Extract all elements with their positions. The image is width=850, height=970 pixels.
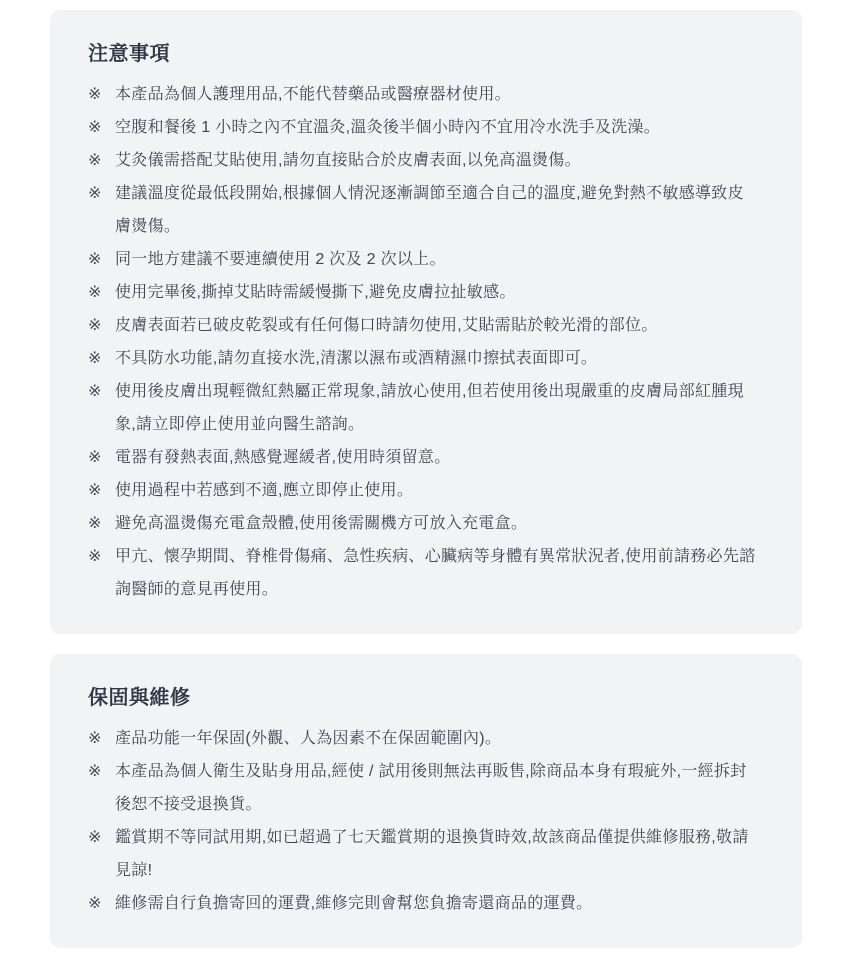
note-marker: ※ [88,507,115,540]
note-marker: ※ [88,540,115,573]
warranty-card-title: 保固與維修 [88,684,758,712]
note-text: 同一地方建議不要連續使用 2 次及 2 次以上。 [115,243,758,276]
note-marker: ※ [88,441,115,474]
note-text: 甲亢、懷孕期間、脊椎骨傷痛、急性疾病、心臟病等身體有異常狀況者,使用前請務必先諮… [115,540,758,606]
notice-card-title: 注意事項 [88,40,758,68]
note-item: ※ 本產品為個人衛生及貼身用品,經使 / 試用後則無法再販售,除商品本身有瑕疵外… [88,755,758,821]
note-text: 鑑賞期不等同試用期,如已超過了七天鑑賞期的退換貨時效,故該商品僅提供維修服務,敬… [115,821,758,887]
note-marker: ※ [88,111,115,144]
note-marker: ※ [88,722,115,755]
note-marker: ※ [88,78,115,111]
note-text: 建議溫度從最低段開始,根據個人情況逐漸調節至適合自己的溫度,避免對熱不敏感導致皮… [115,177,758,243]
note-item: ※ 產品功能一年保固(外觀、人為因素不在保固範圍內)。 [88,722,758,755]
note-marker: ※ [88,375,115,408]
notice-card: 注意事項 ※ 本產品為個人護理用品,不能代替藥品或醫療器材使用。 ※ 空腹和餐後… [50,10,802,634]
note-marker: ※ [88,144,115,177]
note-marker: ※ [88,755,115,788]
note-text: 空腹和餐後 1 小時之內不宜溫灸,溫灸後半個小時內不宜用冷水洗手及洗澡。 [115,111,758,144]
product-info-page: 注意事項 ※ 本產品為個人護理用品,不能代替藥品或醫療器材使用。 ※ 空腹和餐後… [0,0,850,970]
note-text: 使用過程中若感到不適,應立即停止使用。 [115,474,758,507]
note-text: 本產品為個人護理用品,不能代替藥品或醫療器材使用。 [115,78,758,111]
note-text: 使用後皮膚出現輕微紅熱屬正常現象,請放心使用,但若使用後出現嚴重的皮膚局部紅腫現… [115,375,758,441]
note-item: ※ 電器有發熱表面,熱感覺遲緩者,使用時須留意。 [88,441,758,474]
note-marker: ※ [88,177,115,210]
note-marker: ※ [88,309,115,342]
note-text: 電器有發熱表面,熱感覺遲緩者,使用時須留意。 [115,441,758,474]
note-item: ※ 皮膚表面若已破皮乾裂或有任何傷口時請勿使用,艾貼需貼於較光滑的部位。 [88,309,758,342]
note-text: 產品功能一年保固(外觀、人為因素不在保固範圍內)。 [115,722,758,755]
note-text: 不具防水功能,請勿直接水洗,清潔以濕布或酒精濕巾擦拭表面即可。 [115,342,758,375]
note-item: ※ 同一地方建議不要連續使用 2 次及 2 次以上。 [88,243,758,276]
note-item: ※ 維修需自行負擔寄回的運費,維修完則會幫您負擔寄還商品的運費。 [88,887,758,920]
note-marker: ※ [88,821,115,854]
note-text: 皮膚表面若已破皮乾裂或有任何傷口時請勿使用,艾貼需貼於較光滑的部位。 [115,309,758,342]
note-item: ※ 艾灸儀需搭配艾貼使用,請勿直接貼合於皮膚表面,以免高溫燙傷。 [88,144,758,177]
note-item: ※ 使用完畢後,撕掉艾貼時需緩慢撕下,避免皮膚拉扯敏感。 [88,276,758,309]
warranty-card: 保固與維修 ※ 產品功能一年保固(外觀、人為因素不在保固範圍內)。 ※ 本產品為… [50,654,802,948]
note-text: 維修需自行負擔寄回的運費,維修完則會幫您負擔寄還商品的運費。 [115,887,758,920]
note-item: ※ 本產品為個人護理用品,不能代替藥品或醫療器材使用。 [88,78,758,111]
note-item: ※ 不具防水功能,請勿直接水洗,清潔以濕布或酒精濕巾擦拭表面即可。 [88,342,758,375]
note-text: 艾灸儀需搭配艾貼使用,請勿直接貼合於皮膚表面,以免高溫燙傷。 [115,144,758,177]
note-item: ※ 空腹和餐後 1 小時之內不宜溫灸,溫灸後半個小時內不宜用冷水洗手及洗澡。 [88,111,758,144]
note-marker: ※ [88,342,115,375]
note-text: 避免高溫燙傷充電盒殼體,使用後需關機方可放入充電盒。 [115,507,758,540]
note-item: ※ 甲亢、懷孕期間、脊椎骨傷痛、急性疾病、心臟病等身體有異常狀況者,使用前請務必… [88,540,758,606]
note-marker: ※ [88,887,115,920]
note-marker: ※ [88,276,115,309]
note-item: ※ 避免高溫燙傷充電盒殼體,使用後需關機方可放入充電盒。 [88,507,758,540]
note-marker: ※ [88,243,115,276]
note-text: 使用完畢後,撕掉艾貼時需緩慢撕下,避免皮膚拉扯敏感。 [115,276,758,309]
note-item: ※ 使用後皮膚出現輕微紅熱屬正常現象,請放心使用,但若使用後出現嚴重的皮膚局部紅… [88,375,758,441]
note-text: 本產品為個人衛生及貼身用品,經使 / 試用後則無法再販售,除商品本身有瑕疵外,一… [115,755,758,821]
note-item: ※ 鑑賞期不等同試用期,如已超過了七天鑑賞期的退換貨時效,故該商品僅提供維修服務… [88,821,758,887]
note-item: ※ 建議溫度從最低段開始,根據個人情況逐漸調節至適合自己的溫度,避免對熱不敏感導… [88,177,758,243]
note-item: ※ 使用過程中若感到不適,應立即停止使用。 [88,474,758,507]
note-marker: ※ [88,474,115,507]
